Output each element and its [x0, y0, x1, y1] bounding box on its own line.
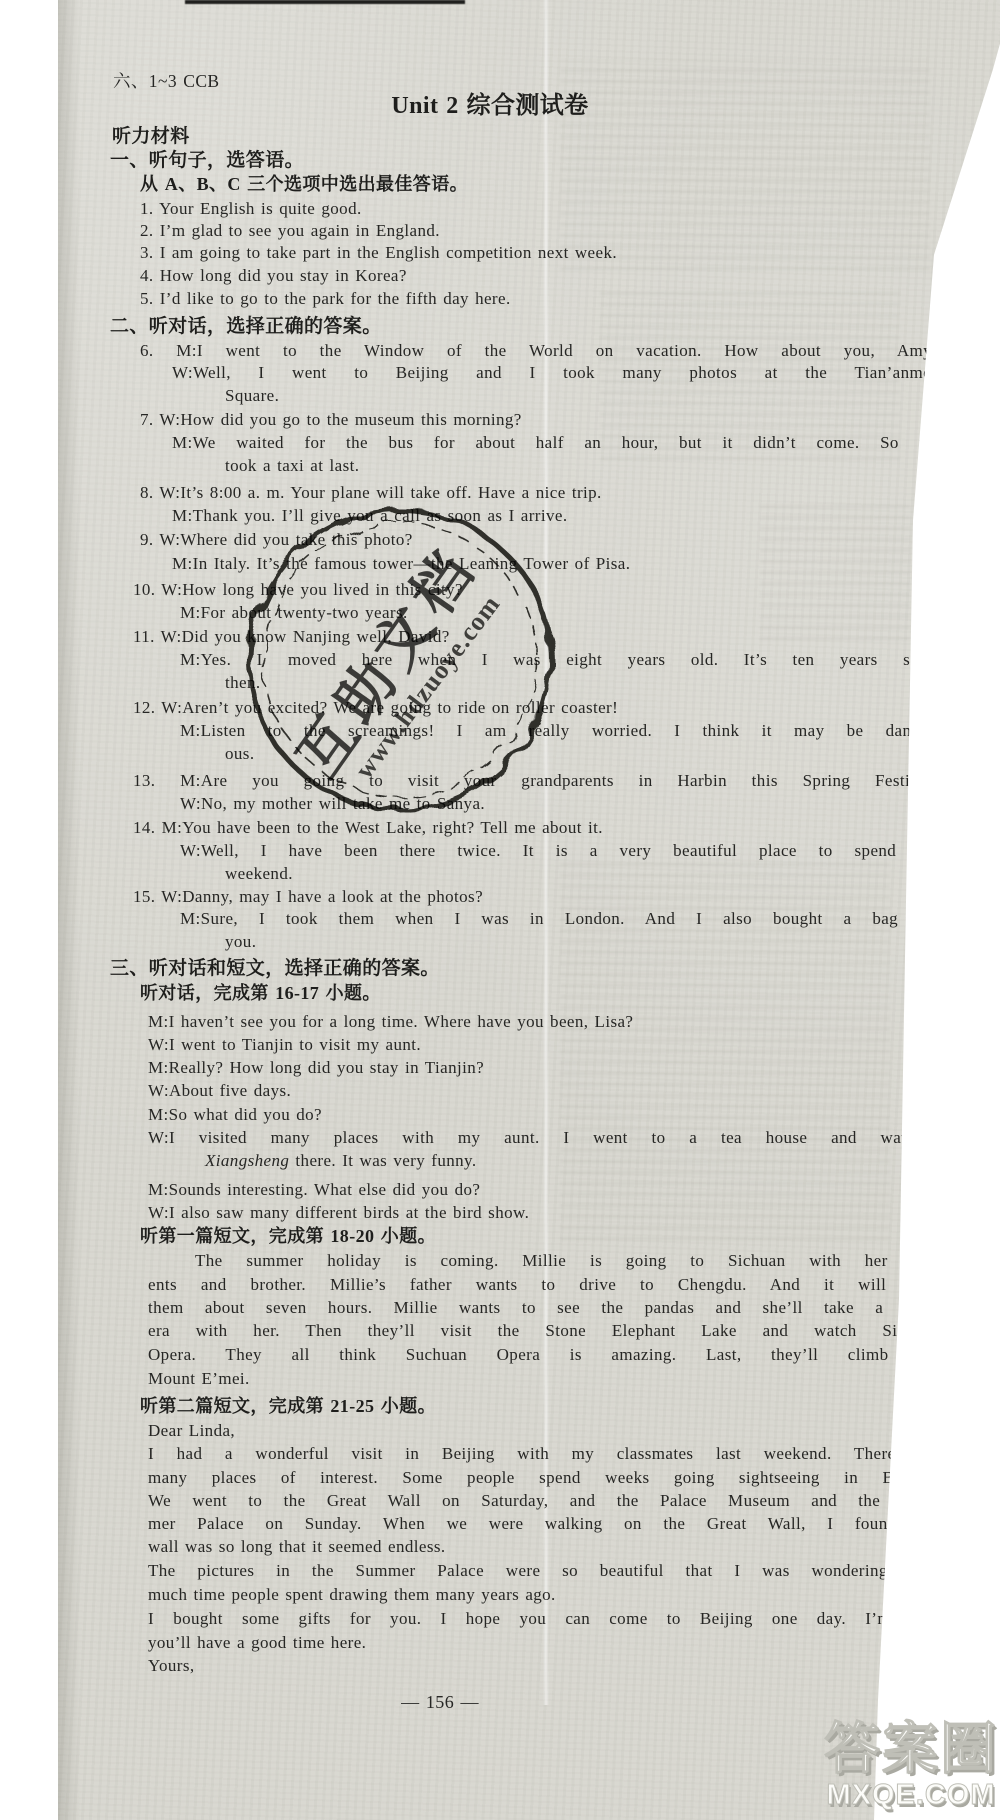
prev-answer-line: 六、1~3 CCB [113, 71, 219, 92]
text-line: I bought some gifts for you. I hope you … [148, 1609, 940, 1629]
text-line: 15. W:Danny, may I have a look at the ph… [133, 887, 483, 907]
text-line: Dear Linda, [148, 1421, 235, 1441]
text-line: Square. [225, 386, 279, 406]
text-line: I had a wonderful visit in Beijing with … [148, 1444, 940, 1464]
text-line: M:I haven’t see you for a long time. Whe… [148, 1012, 633, 1032]
text-line: 5. I’d like to go to the park for the fi… [140, 289, 511, 309]
text-line: M:Sounds interesting. What else did you … [148, 1180, 480, 1200]
text-line: ents and brother. Millie’s father wants … [148, 1275, 940, 1295]
section-heading: 三、听对话和短文，选择正确的答案。 [110, 958, 440, 980]
text-line: The pictures in the Summer Palace were s… [148, 1561, 940, 1581]
text-line: Xiangsheng there. It was very funny. [205, 1151, 477, 1171]
text-line: took a taxi at last. [225, 456, 359, 476]
instruction-line: 从 A、B、C 三个选项中选出最佳答语。 [140, 174, 468, 195]
watermark-brand: 答案圈 [816, 1722, 1000, 1778]
text-line: 4. How long did you stay in Korea? [140, 266, 407, 286]
text-line: M:So what did you do? [148, 1105, 322, 1125]
text-line: weekend. [225, 864, 293, 884]
text-line: many places of interest. Some people spe… [148, 1468, 940, 1488]
text-line: mer Palace on Sunday. When we were walki… [148, 1514, 940, 1534]
text-line: them about seven hours. Millie wants to … [148, 1298, 940, 1318]
page-title: Unit 2 综合测试卷 [140, 92, 840, 120]
section-heading: 二、听对话，选择正确的答案。 [110, 316, 382, 338]
text-line: Opera. They all think Suchuan Opera is a… [148, 1345, 940, 1365]
text-line: M:We waited for the bus for about half a… [172, 433, 940, 453]
text-line: Mount E’mei. [148, 1369, 250, 1389]
text-line: The summer holiday is coming. Millie is … [195, 1251, 940, 1271]
text-line-rest: there. It was very funny. [289, 1151, 476, 1170]
subsection-heading: 听对话，完成第 16-17 小题。 [140, 983, 381, 1004]
page-text-block: 六、1~3 CCBUnit 2 综合测试卷听力材料一、听句子，选答语。从 A、B… [0, 0, 1000, 1820]
text-line: We went to the Great Wall on Saturday, a… [148, 1491, 940, 1511]
text-line: M:Sure, I took them when I was in London… [180, 909, 940, 929]
left-page-margin [0, 0, 58, 1820]
subsection-heading: 听第二篇短文，完成第 21-25 小题。 [140, 1396, 436, 1417]
text-line: W:I also saw many different birds at the… [148, 1203, 529, 1223]
text-line: 3. I am going to take part in the Englis… [140, 243, 617, 263]
text-line: W:Well, I have been there twice. It is a… [180, 841, 940, 861]
subsection-heading: 听第一篇短文，完成第 18-20 小题。 [140, 1226, 436, 1247]
text-line: W:I went to Tianjin to visit my aunt. [148, 1035, 421, 1055]
text-line: Yours, [148, 1656, 195, 1676]
section-heading: 一、听句子，选答语。 [110, 150, 304, 172]
text-line: W:Well, I went to Beijing and I took man… [172, 363, 940, 383]
text-line: 6. M:I went to the Window of the World o… [140, 341, 940, 361]
text-line: you’ll have a good time here. [148, 1633, 366, 1653]
text-line: much time people spent drawing them many… [148, 1585, 556, 1605]
text-line: M:Really? How long did you stay in Tianj… [148, 1058, 484, 1078]
text-line: era with her. Then they’ll visit the Sto… [148, 1321, 940, 1341]
text-line: 1. Your English is quite good. [140, 199, 362, 219]
text-line: 2. I’m glad to see you again in England. [140, 221, 440, 241]
answer-circle-watermark: 答案圈 MXQE.COM [816, 1722, 1000, 1810]
text-line: 7. W:How did you go to the museum this m… [140, 410, 522, 430]
scan-edge-artifact [185, 0, 465, 4]
section-heading: 听力材料 [112, 126, 190, 148]
italic-term: Xiangsheng [205, 1151, 289, 1170]
text-line: W:I visited many places with my aunt. I … [148, 1128, 940, 1148]
text-line: you. [225, 932, 256, 952]
page-number: — 156 — [140, 1692, 740, 1713]
text-line: wall was so long that it seemed endless. [148, 1537, 446, 1557]
text-line: W:About five days. [148, 1081, 291, 1101]
watermark-domain: MXQE.COM [816, 1781, 1000, 1810]
